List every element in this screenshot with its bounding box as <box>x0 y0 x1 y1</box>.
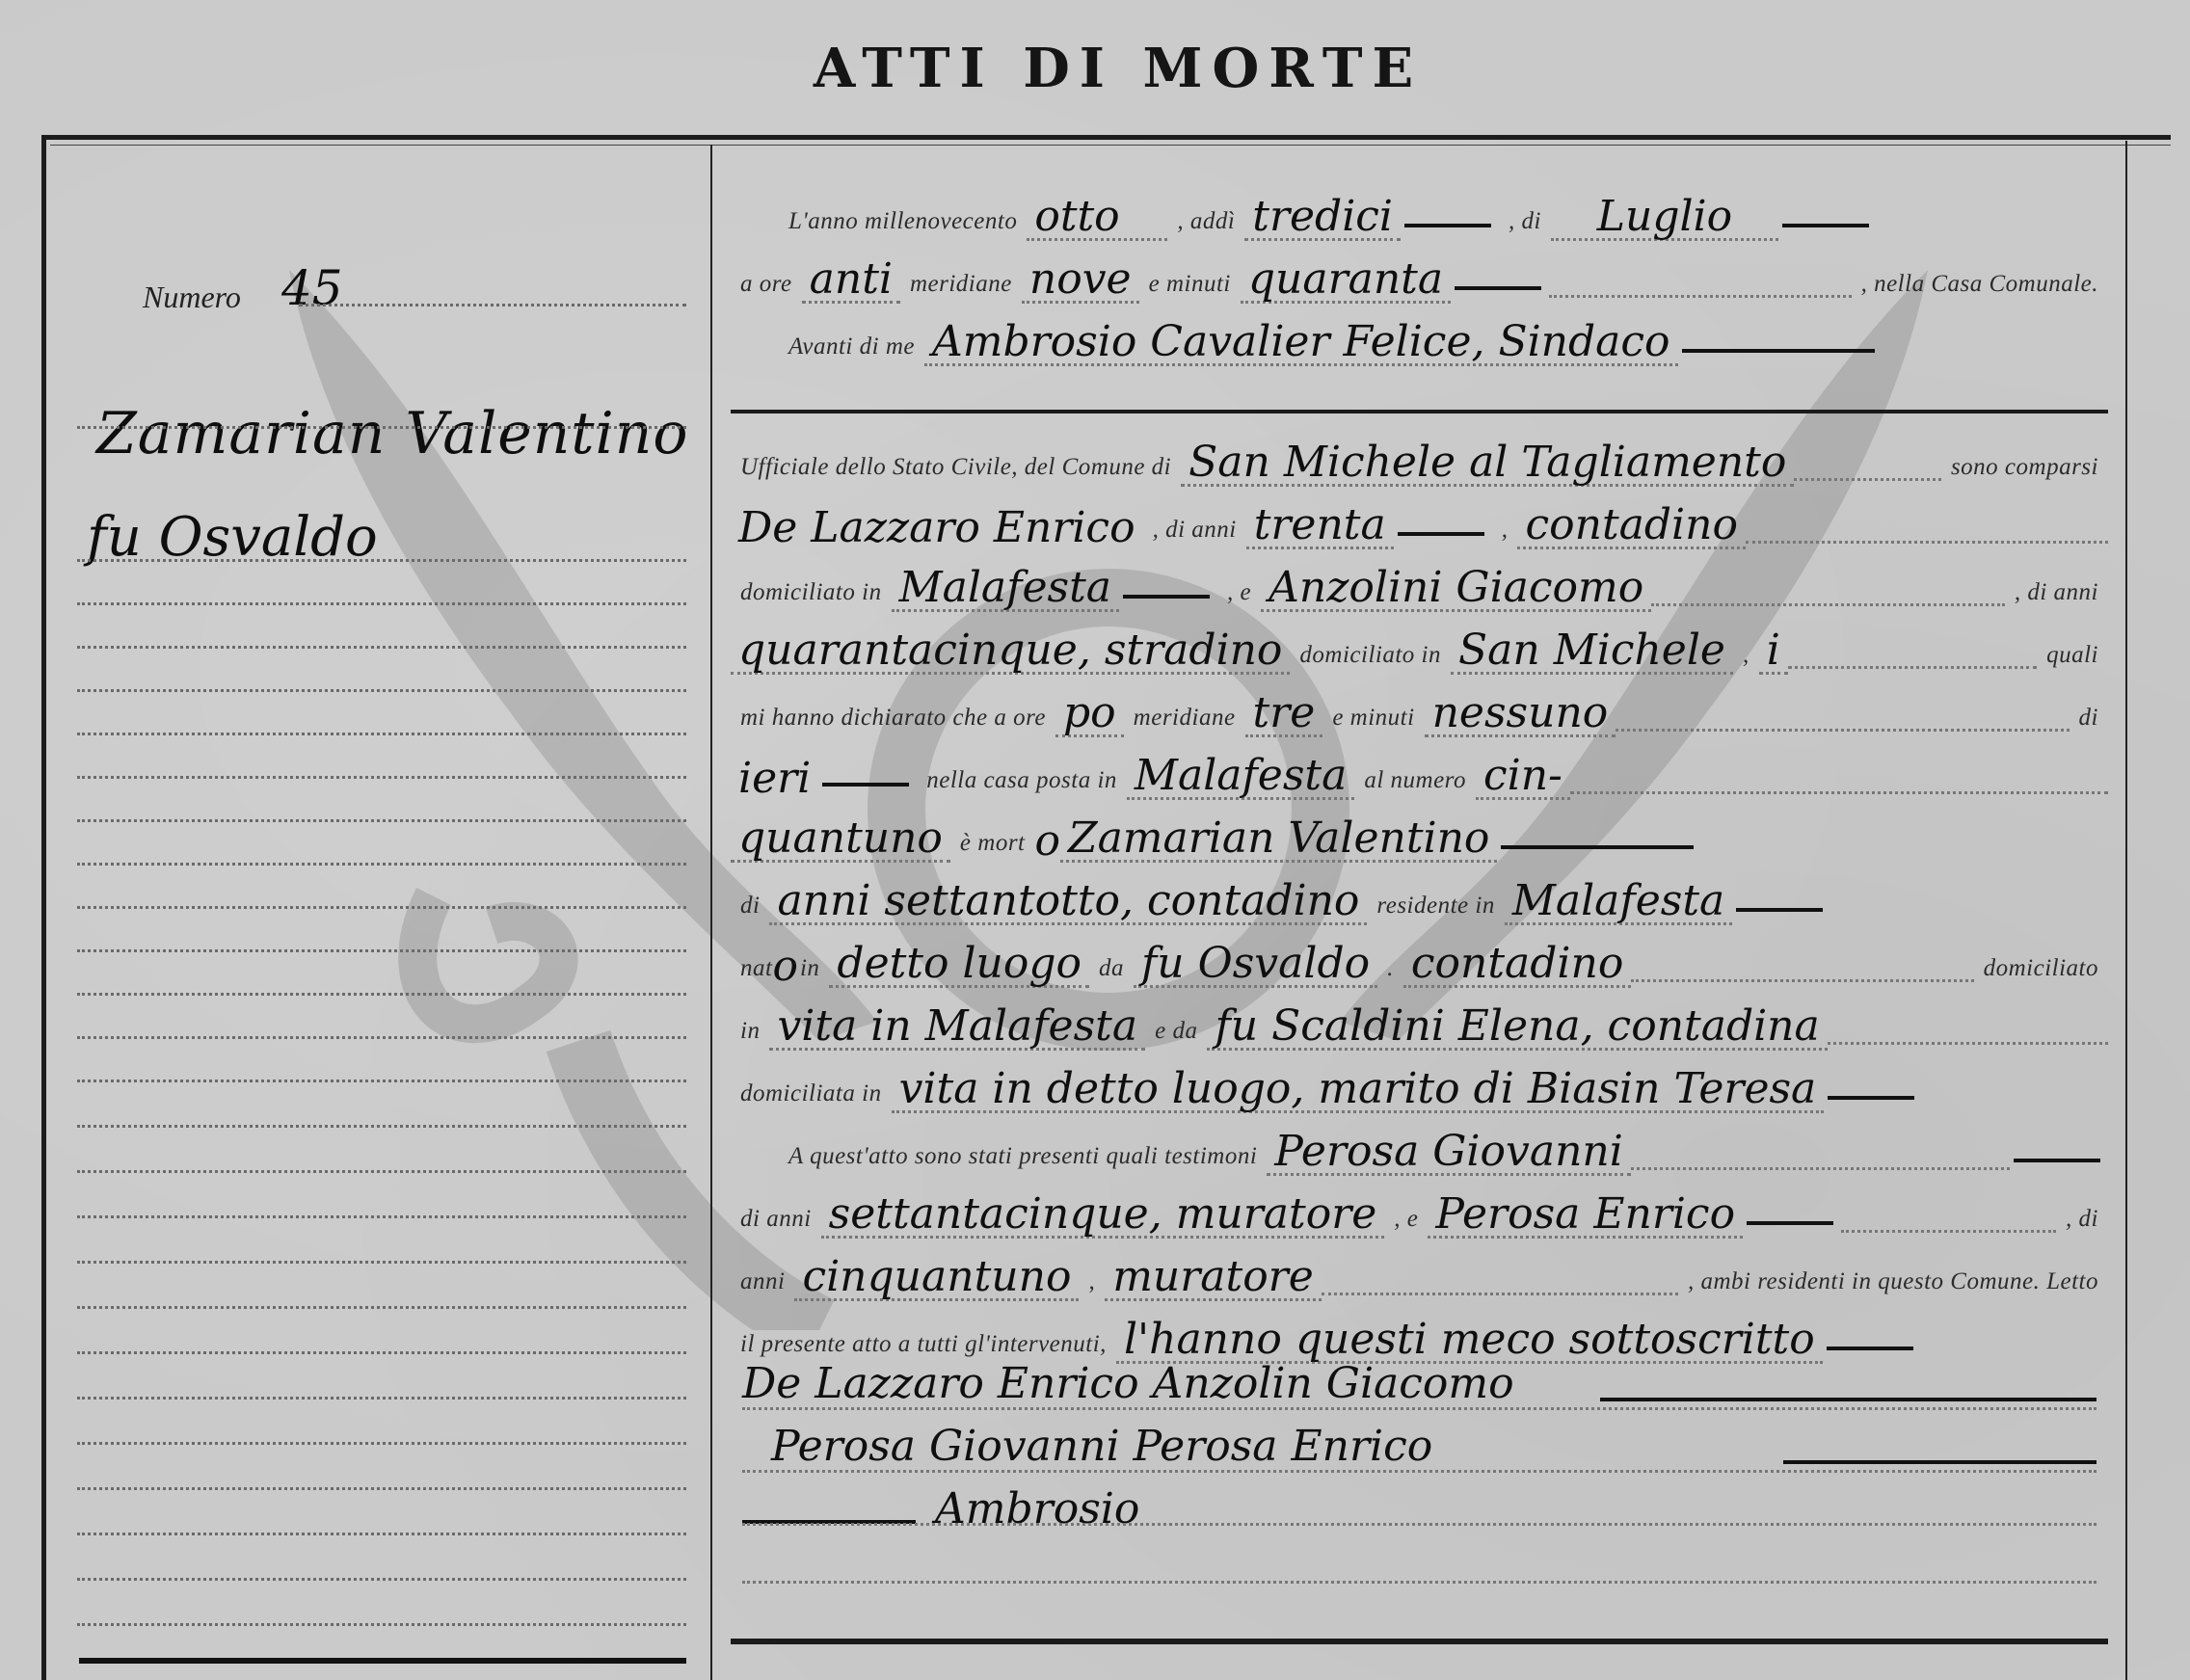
dotted-line <box>742 1523 2097 1526</box>
dotted-fill <box>1616 728 2069 732</box>
printed-text: da <box>1089 955 1134 988</box>
dotted-line <box>77 863 686 866</box>
handwritten-text: vita in Malafesta <box>769 1005 1145 1051</box>
dotted-line <box>77 1215 686 1218</box>
printed-text: e da <box>1145 1018 1207 1051</box>
handwritten-deceased-name: Zamarian Valentino <box>1060 817 1497 863</box>
dotted-fill <box>1651 602 2005 606</box>
dotted-line <box>77 1623 686 1626</box>
handwritten-age-occupation: anni settantotto, contadino <box>769 880 1367 925</box>
dotted-line <box>77 602 686 605</box>
printed-text: , nella Casa Comunale. <box>1852 271 2108 304</box>
dotted-line <box>742 1581 2097 1584</box>
dotted-fill <box>1631 978 1973 982</box>
dotted-fill <box>1631 1166 2010 1170</box>
handwritten-official: Ambrosio Cavalier Felice, Sindaco <box>924 321 1678 366</box>
printed-text: L'anno millenovecento <box>779 208 1027 241</box>
filler-dash <box>1782 224 1869 227</box>
handwritten-year: otto <box>1027 196 1167 241</box>
filler-dash <box>1747 1221 1833 1225</box>
filler-dash <box>1404 224 1491 227</box>
handwritten-text: po <box>1055 692 1124 737</box>
printed-text: , di anni <box>2005 579 2108 612</box>
dotted-line <box>742 1407 2097 1410</box>
signature-official: Ambrosio <box>935 1484 1139 1533</box>
handwritten-hour: nove <box>1022 258 1139 304</box>
dotted-line <box>77 689 686 692</box>
printed-text: , addì <box>1167 208 1244 241</box>
dotted-line <box>77 646 686 649</box>
dotted-line <box>77 1533 686 1535</box>
frame-left-border <box>41 135 46 1680</box>
handwritten-mother: fu Scaldini Elena, contadina <box>1207 1005 1827 1051</box>
printed-text: residente in <box>1367 893 1504 925</box>
dotted-line <box>77 559 686 562</box>
dotted-fill <box>1788 665 2037 669</box>
act-line-witness2-details: anni cinquantuno , muratore , ambi resid… <box>731 1243 2108 1301</box>
act-line-deceased-details: di anni settantotto, contadino residente… <box>731 867 2108 925</box>
section-end-rule <box>79 1658 686 1664</box>
handwritten-father: fu Osvaldo <box>1134 943 1377 988</box>
handwritten-occupation: contadino <box>1403 943 1631 988</box>
dotted-fill <box>1794 477 1941 481</box>
handwritten-closing: l'hanno questi meco sottoscritto <box>1116 1319 1823 1364</box>
printed-text: al numero <box>1354 767 1476 800</box>
handwritten-comune: San Michele al Tagliamento <box>1181 441 1794 487</box>
page-title: ATTI DI MORTE <box>771 37 1465 100</box>
act-line-witness-details: di anni settantacinque, muratore , e Per… <box>731 1181 2108 1239</box>
handwritten-witness-1: Perosa Giovanni <box>1267 1131 1631 1176</box>
printed-text: , di <box>1499 208 1551 241</box>
handwritten-witness-2: Perosa Enrico <box>1428 1193 1743 1239</box>
printed-text: e minuti <box>1139 271 1241 304</box>
dotted-line <box>77 733 686 735</box>
printed-text: . <box>1377 955 1403 988</box>
printed-text: di <box>2070 705 2108 737</box>
dotted-line <box>77 776 686 779</box>
handwritten-day: tredici <box>1244 196 1401 241</box>
handwritten-spouse: vita in detto luogo, marito di Biasin Te… <box>892 1068 1825 1113</box>
printed-text: di <box>731 893 769 925</box>
printed-text: , <box>1733 642 1759 675</box>
filler-dash <box>822 783 909 787</box>
printed-text: anni <box>731 1268 794 1301</box>
act-line-declarant1: De Lazzaro Enrico , di anni trenta , con… <box>731 492 2108 549</box>
filler-dash <box>1455 286 1541 290</box>
printed-text: nat <box>731 955 772 988</box>
printed-text: e minuti <box>1322 705 1424 737</box>
filler-dash <box>1398 532 1484 536</box>
dotted-line <box>742 1470 2097 1473</box>
act-line-closing: il presente atto a tutti gl'intervenuti,… <box>731 1306 2108 1364</box>
printed-text: sono comparsi <box>1941 454 2108 487</box>
printed-text: domiciliato in <box>731 579 892 612</box>
dotted-line <box>77 1397 686 1400</box>
handwritten-declarant-2: Anzolini Giacomo <box>1261 567 1651 612</box>
printed-text: Ufficiale dello Stato Civile, del Comune… <box>731 454 1181 487</box>
numero-label: Numero <box>143 280 241 315</box>
printed-text: A quest'atto sono stati presenti quali t… <box>779 1143 1267 1176</box>
handwritten-minutes: quaranta <box>1241 258 1451 304</box>
section-end-rule <box>731 1639 2108 1644</box>
act-body: L'anno millenovecento otto , addì tredic… <box>713 145 2125 1680</box>
act-line-deceased: quantuno è mort o Zamarian Valentino <box>731 805 2108 863</box>
dotted-line <box>77 1170 686 1173</box>
printed-text: Avanti di me <box>779 333 924 366</box>
frame-right-border <box>2125 141 2127 1680</box>
act-line-mother: in vita in Malafesta e da fu Scaldini El… <box>731 993 2108 1051</box>
column-divider <box>710 145 712 1680</box>
act-line-witnesses: A quest'atto sono stati presenti quali t… <box>731 1118 2108 1176</box>
dotted-line <box>77 1351 686 1354</box>
handwritten-occupation: muratore <box>1105 1256 1322 1301</box>
handwritten-declarant-1: De Lazzaro Enrico <box>731 507 1143 549</box>
handwritten-residence: Malafesta <box>1505 880 1732 925</box>
filler-dash <box>1736 908 1823 912</box>
dotted-fill <box>1746 540 2108 544</box>
dotted-line <box>77 1125 686 1128</box>
printed-text: domiciliata in <box>731 1080 892 1113</box>
dotted-fill <box>1828 1041 2108 1045</box>
printed-text: , di anni <box>1143 517 1246 549</box>
dotted-line <box>77 426 686 429</box>
handwritten-house-number-cont: quantuno <box>731 817 950 863</box>
handwritten-gender-suffix: o <box>1035 820 1061 863</box>
dotted-line <box>77 1036 686 1039</box>
handwritten-hour: tre <box>1245 692 1323 737</box>
dotted-line <box>77 1306 686 1309</box>
printed-text: meridiane <box>900 271 1022 304</box>
margin-column: Numero 45 Zamarian Valentino fu Osvaldo <box>58 145 704 1680</box>
handwritten-birthplace: detto luogo <box>829 943 1089 988</box>
act-line-time: a ore anti meridiane nove e minuti quara… <box>731 246 2108 304</box>
handwritten-age: cinquantuno <box>794 1256 1079 1301</box>
printed-text: , di <box>2056 1206 2108 1239</box>
dotted-fill <box>1841 1229 2056 1233</box>
handwritten-house-number: cin- <box>1476 755 1570 800</box>
numero-value: 45 <box>281 260 343 316</box>
dotted-line <box>77 1080 686 1082</box>
printed-text: , <box>1079 1268 1105 1301</box>
filler-dash <box>1501 845 1694 849</box>
act-line-declarant2: domiciliato in Malafesta , e Anzolini Gi… <box>731 554 2108 612</box>
printed-text: di anni <box>731 1206 821 1239</box>
handwritten-month: Luglio <box>1551 196 1778 241</box>
filler-dash <box>2014 1159 2100 1162</box>
dotted-fill <box>1570 790 2108 794</box>
printed-text: domiciliato in <box>1290 642 1451 675</box>
handwritten-age: trenta <box>1246 504 1394 549</box>
signature-declarants: De Lazzaro Enrico Anzolin Giacomo <box>742 1359 1514 1408</box>
dotted-line <box>77 1578 686 1581</box>
frame-top-border <box>41 135 2171 140</box>
printed-text: a ore <box>731 271 802 304</box>
printed-text: mi hanno dichiarato che a ore <box>731 705 1055 737</box>
handwritten-minutes: nessuno <box>1425 692 1616 737</box>
filler-dash <box>1828 1096 1914 1100</box>
printed-text: quali <box>2037 642 2108 675</box>
printed-text: , e <box>1384 1206 1428 1239</box>
printed-text: nella casa posta in <box>917 767 1127 800</box>
filler-dash <box>1827 1347 1913 1350</box>
deceased-name: Zamarian Valentino <box>96 400 688 467</box>
printed-text: , ambi residenti in questo Comune. Letto <box>1678 1268 2108 1301</box>
dotted-line <box>77 819 686 822</box>
act-line-comune: Ufficiale dello Stato Civile, del Comune… <box>731 429 2108 487</box>
dotted-line <box>77 1261 686 1264</box>
handwritten-place: Malafesta <box>892 567 1119 612</box>
handwritten-age-occupation: quarantacinque, stradino <box>731 629 1290 675</box>
handwritten-place: Malafesta <box>1127 755 1354 800</box>
printed-text: , <box>1492 517 1518 549</box>
printed-text: in <box>798 955 829 988</box>
filler-dash <box>1783 1460 2097 1464</box>
handwritten-age-occupation: settantacinque, muratore <box>821 1193 1385 1239</box>
act-line-official: Avanti di me Ambrosio Cavalier Felice, S… <box>731 308 2108 366</box>
dotted-line <box>77 993 686 996</box>
dotted-fill <box>1322 1292 1678 1295</box>
printed-text: meridiane <box>1124 705 1245 737</box>
handwritten-text: i <box>1759 629 1788 675</box>
act-line-declarant2-details: quarantacinque, stradino domiciliato in … <box>731 617 2108 675</box>
signature-witnesses: Perosa Giovanni Perosa Enrico <box>771 1422 1432 1471</box>
filler-dash <box>1123 595 1210 599</box>
dotted-line <box>299 304 686 307</box>
handwritten-day: ieri <box>731 758 818 800</box>
horizontal-rule <box>731 410 2108 413</box>
filler-dash <box>1600 1398 2097 1401</box>
dotted-line <box>77 1487 686 1490</box>
act-line-death-time: mi hanno dichiarato che a ore po meridia… <box>731 680 2108 737</box>
dotted-line <box>77 949 686 952</box>
filler-dash <box>1682 349 1875 353</box>
dotted-line <box>77 1442 686 1445</box>
handwritten-occupation: contadino <box>1517 504 1745 549</box>
act-line-death-place: ieri nella casa posta in Malafesta al nu… <box>731 742 2108 800</box>
printed-text: in <box>731 1018 769 1051</box>
printed-text: domiciliato <box>1974 955 2108 988</box>
dotted-line <box>77 906 686 909</box>
printed-text: , e <box>1217 579 1261 612</box>
act-line-date: L'anno millenovecento otto , addì tredic… <box>731 183 2108 241</box>
handwritten-place: San Michele <box>1451 629 1733 675</box>
act-line-mother-details: domiciliata in vita in detto luogo, mari… <box>731 1055 2108 1113</box>
printed-text: è mort <box>950 830 1035 863</box>
act-line-birth-father: nat o in detto luogo da fu Osvaldo . con… <box>731 930 2108 988</box>
dotted-fill <box>1549 294 1851 298</box>
handwritten-text: anti <box>802 258 900 304</box>
handwritten-gender-suffix: o <box>772 946 798 988</box>
